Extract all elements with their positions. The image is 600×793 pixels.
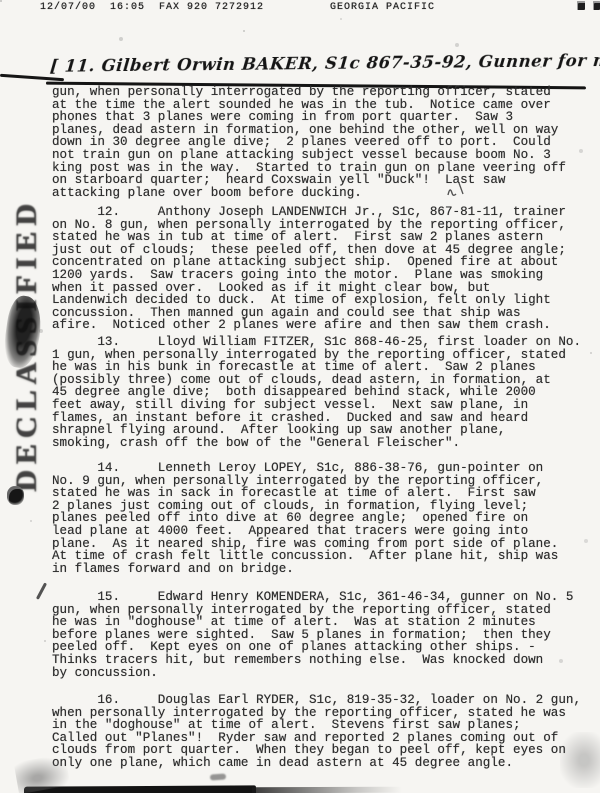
- fax-sender-name: GEORGIA PACIFIC: [330, 2, 435, 13]
- faint-page-number-smudge: [210, 773, 226, 780]
- fax-page-mark-icon: [577, 1, 585, 10]
- pen-scribble-icon: [445, 180, 467, 200]
- fax-page-mark2-icon: [593, 1, 600, 10]
- bottom-right-smudge: [560, 732, 600, 788]
- paragraph-11-continuation: gun, when personally interrogated by the…: [52, 86, 592, 199]
- stamp-ink-blob-small: [7, 486, 24, 505]
- fax-header: 12/07/00 16:05 FAX 920 7272912 GEORGIA P…: [0, 2, 600, 16]
- handwritten-annotation: [ 11. Gilbert Orwin BAKER, S1c 867-35-92…: [49, 51, 596, 76]
- scanned-fax-document-page: 12/07/00 16:05 FAX 920 7272912 GEORGIA P…: [0, 0, 600, 793]
- fax-timestamp-line: 12/07/00 16:05 FAX 920 7272912: [40, 2, 264, 13]
- paragraph-13: 13. Lloyd William FITZER, S1c 868-46-25,…: [52, 336, 592, 449]
- paragraph-14: 14. Lenneth Leroy LOPEY, S1c, 886-38-76,…: [52, 462, 592, 575]
- scan-noise-specks: [0, 0, 2, 2]
- bottom-edge-bar-fade: [252, 787, 402, 793]
- paragraph-15: 15. Edward Henry KOMENDERA, S1c, 361-46-…: [52, 591, 592, 679]
- paragraph-12: 12. Anthony Joseph LANDENWICH Jr., S1c, …: [52, 206, 592, 332]
- pen-slash-mark: [36, 582, 47, 599]
- paragraph-16: 16. Douglas Earl RYDER, S1c, 819-35-32, …: [52, 694, 592, 770]
